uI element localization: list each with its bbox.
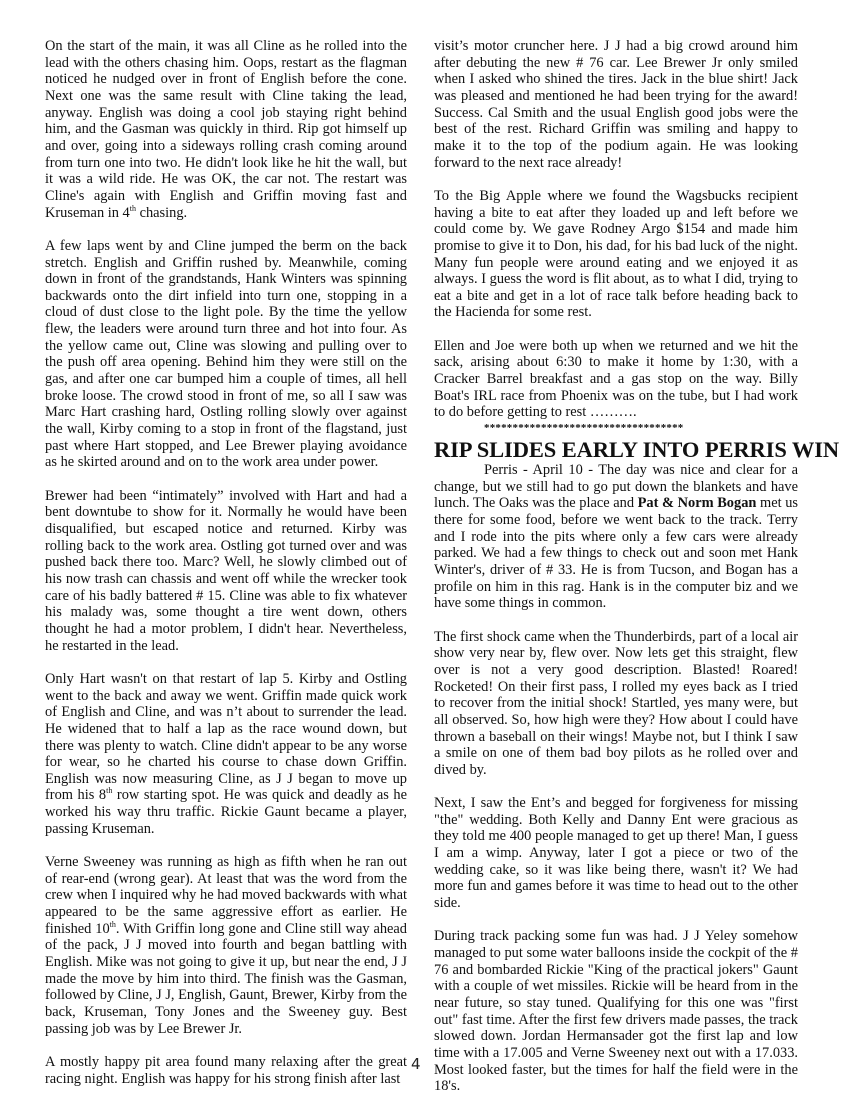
paragraph-track-packing: During track packing some fun was had. J… <box>434 928 798 1095</box>
paragraph-ent-wedding: Next, I saw the Ent’s and begged for for… <box>434 795 798 912</box>
paragraph-return-home: Ellen and Joe were both up when we retur… <box>434 338 798 421</box>
paragraph-big-apple: To the Big Apple where we found the Wags… <box>434 188 798 321</box>
left-column: On the start of the main, it was all Cli… <box>45 38 407 1087</box>
paragraph-pit-area: A mostly happy pit area found many relax… <box>45 1054 407 1087</box>
asterisk-separator: *********************************** <box>434 421 798 435</box>
bold-names: Pat & Norm Bogan <box>638 495 757 511</box>
article-headline: RIP SLIDES EARLY INTO PERRIS WIN <box>434 438 798 462</box>
paragraph-sweeney-finish: Verne Sweeney was running as high as fif… <box>45 854 407 1037</box>
paragraph-main-start: On the start of the main, it was all Cli… <box>45 38 407 221</box>
text: . With Griffin long gone and Cline still… <box>45 921 407 1037</box>
text: On the start of the main, it was all Cli… <box>45 38 407 221</box>
right-column: visit’s motor cruncher here. J J had a b… <box>434 38 798 1095</box>
page-number: 4 <box>411 1055 421 1073</box>
paragraph-perris-lead: Perris - April 10 - The day was nice and… <box>434 462 798 612</box>
text: met us there for some food, before we we… <box>434 495 798 611</box>
text: chasing. <box>136 205 187 221</box>
paragraph-podium: visit’s motor cruncher here. J J had a b… <box>434 38 798 171</box>
text: Only Hart wasn't on that restart of lap … <box>45 671 407 804</box>
paragraph-thunderbirds: The first shock came when the Thunderbir… <box>434 629 798 779</box>
newsletter-page: On the start of the main, it was all Cli… <box>0 0 850 1100</box>
paragraph-restart-lap5: Only Hart wasn't on that restart of lap … <box>45 671 407 838</box>
paragraph-berm-crash: A few laps went by and Cline jumped the … <box>45 238 407 471</box>
paragraph-brewer: Brewer had been “intimately” involved wi… <box>45 488 407 655</box>
